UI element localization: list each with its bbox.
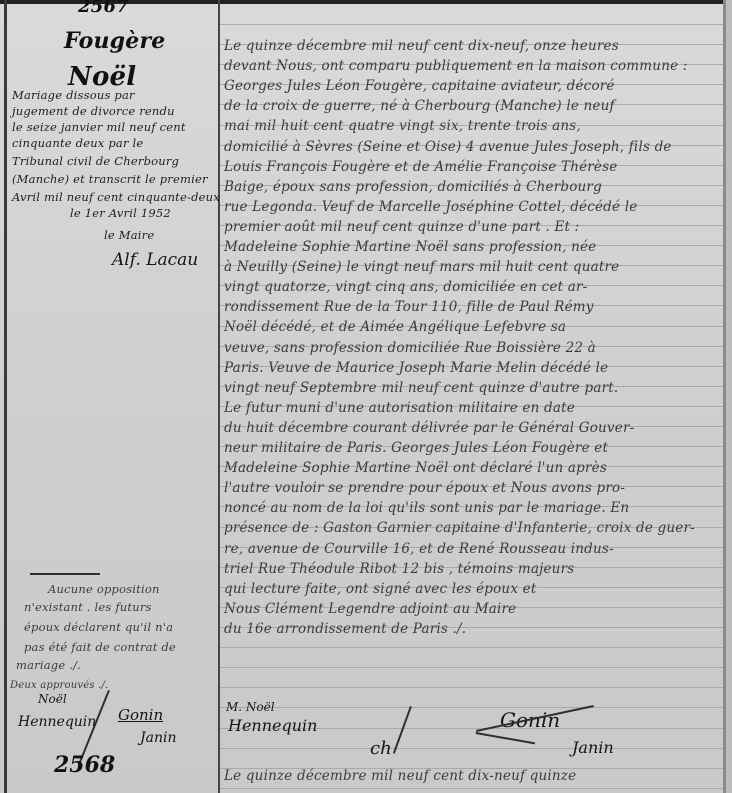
signature-flourish	[476, 732, 535, 744]
act-text-line: Nous Clément Legendre adjoint au Maire	[224, 601, 516, 617]
signature-hennequin: Hennequin	[228, 716, 317, 735]
divorce-note-line: Avril mil neuf cent cinquante-deux	[12, 190, 220, 204]
act-text-line: rondissement Rue de la Tour 110, fille d…	[224, 299, 594, 315]
act-text-line: Georges Jules Léon Fougère, capitaine av…	[224, 78, 615, 94]
act-text-line: Baige, époux sans profession, domiciliés…	[224, 179, 602, 195]
act-text-line: qui lecture faite, ont signé avec les ép…	[224, 581, 536, 597]
ruled-line	[220, 748, 723, 749]
act-text-line: neur militaire de Paris. Georges Jules L…	[224, 440, 608, 456]
act-text-line: rue Legonda. Veuf de Marcelle Joséphine …	[224, 199, 637, 215]
act-text-line: veuve, sans profession domiciliée Rue Bo…	[224, 340, 596, 356]
act-text-line: devant Nous, ont comparu publiquement en…	[224, 58, 688, 74]
act-text-line: présence de : Gaston Garnier capitaine d…	[224, 520, 695, 536]
act-text-line: Noël décédé, et de Aimée Angélique Lefeb…	[224, 319, 566, 335]
act-text-line: Paris. Veuve de Maurice Joseph Marie Mel…	[224, 360, 608, 376]
act-text-line: Madeleine Sophie Martine Noël sans profe…	[224, 239, 596, 255]
opposition-note-line: Aucune opposition	[48, 582, 160, 596]
divorce-note-line: le seize janvier mil neuf cent	[12, 120, 186, 134]
divorce-note-line: Mariage dissous par	[12, 88, 135, 102]
signature-m-noel: M. Noël	[226, 700, 275, 714]
divorce-note-line: cinquante deux par le	[12, 136, 143, 150]
signature-janin: Janin	[572, 738, 614, 757]
signature-flourish	[393, 706, 412, 753]
ruled-line	[220, 687, 723, 688]
opposition-note-line: époux déclarent qu'il n'a	[24, 620, 173, 634]
next-act-number: 2568	[54, 752, 115, 778]
divorce-note-line: jugement de divorce rendu	[12, 104, 175, 118]
margin-signature-hennequin: Hennequin	[18, 714, 96, 730]
groom-surname: Fougère	[64, 28, 165, 54]
act-text-line: du huit décembre courant délivrée par le…	[224, 420, 634, 436]
act-text-line: du 16e arrondissement de Paris ./.	[224, 621, 466, 637]
margin-rule	[218, 0, 220, 793]
margin-signature-gonin: Gonin	[118, 706, 163, 724]
act-text-line: re, avenue de Courville 16, et de René R…	[224, 541, 614, 557]
opposition-note-line: pas été fait de contrat de	[24, 640, 176, 654]
divorce-note-line: (Manche) et transcrit le premier	[12, 172, 208, 186]
act-text-line: triel Rue Théodule Ribot 12 bis , témoin…	[224, 561, 574, 577]
ruled-line	[220, 788, 723, 789]
act-text-line: domicilié à Sèvres (Seine et Oise) 4 ave…	[224, 139, 672, 155]
next-act-first-line: Le quinze décembre mil neuf cent dix-neu…	[224, 768, 576, 784]
act-text-line: l'autre vouloir se prendre pour époux et…	[224, 480, 625, 496]
margin-signature-janin: Janin	[140, 730, 176, 746]
register-page: 2567 Fougère Noël Mariage dissous par ju…	[0, 0, 732, 793]
act-text-line: vingt quatorze, vingt cinq ans, domicili…	[224, 279, 587, 295]
approval-note: Deux approuvés ./.	[10, 680, 108, 691]
mayor-label: le Maire	[104, 228, 154, 242]
ruled-line	[220, 667, 723, 668]
act-text-line: Madeleine Sophie Martine Noël ont déclar…	[224, 460, 607, 476]
signature-initials: ch	[370, 738, 392, 759]
act-text-line: Louis François Fougère et de Amélie Fran…	[224, 159, 617, 175]
act-text-line: premier août mil neuf cent quinze d'une …	[224, 219, 579, 235]
act-number: 2567	[78, 0, 129, 17]
act-text-line: vingt neuf Septembre mil neuf cent quinz…	[224, 380, 618, 396]
opposition-note-line: mariage ./.	[16, 658, 81, 672]
divorce-note-date: le 1er Avril 1952	[70, 206, 171, 220]
act-text-line: à Neuilly (Seine) le vingt neuf mars mil…	[224, 259, 619, 275]
act-text-line: mai mil huit cent quatre vingt six, tren…	[224, 118, 581, 134]
ruled-line	[220, 24, 723, 25]
ruled-line	[220, 707, 723, 708]
binding-strip	[726, 0, 732, 793]
ruled-line	[220, 647, 723, 648]
opposition-note-line: n'existant . les futurs	[24, 600, 152, 614]
act-text-line: noncé au nom de la loi qu'ils sont unis …	[224, 500, 629, 516]
page-left-edge	[4, 0, 7, 793]
underline-stroke	[30, 573, 100, 575]
act-text-line: Le futur muni d'une autorisation militai…	[224, 400, 575, 416]
act-text-line: de la croix de guerre, né à Cherbourg (M…	[224, 98, 615, 114]
divorce-note-line: Tribunal civil de Cherbourg	[12, 154, 179, 168]
act-text-line: Le quinze décembre mil neuf cent dix-neu…	[224, 38, 619, 54]
margin-signature-noel: Noël	[38, 692, 67, 706]
mayor-signature: Alf. Lacau	[112, 250, 198, 270]
